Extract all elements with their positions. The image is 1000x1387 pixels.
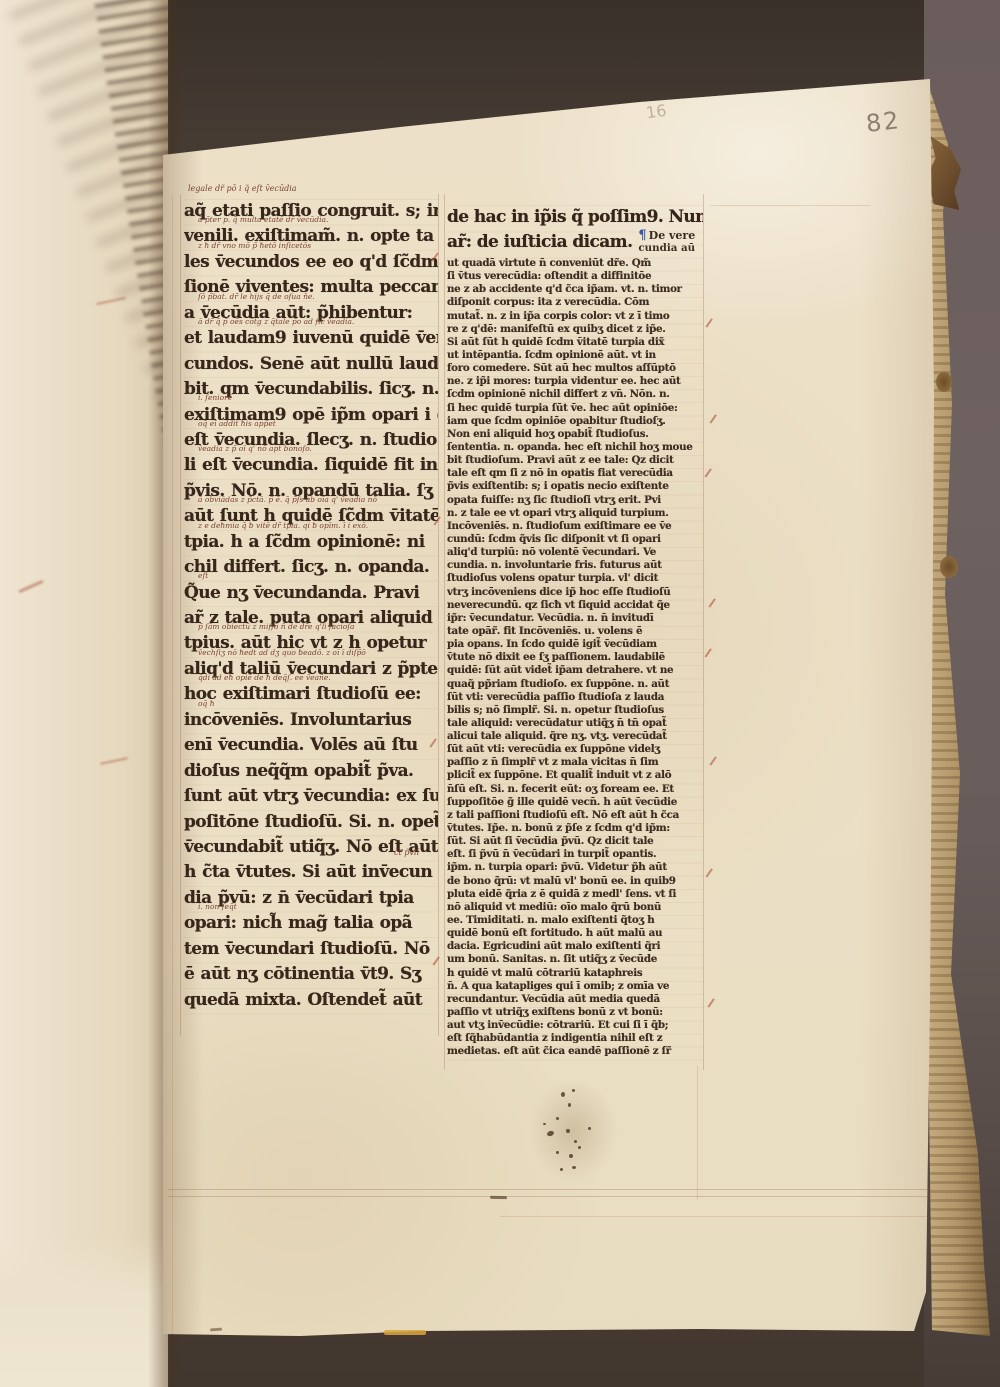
text-line: ne z ab accidente q'd c̃ca ip̃am. vt. n.… [447, 283, 703, 296]
ink-spot [568, 1103, 571, 1107]
heading-line: ar̃: de iuſticia dicam. [447, 230, 632, 255]
line-text: les v̄ecundos ee eo q'd ſc̃dm pa [184, 252, 438, 272]
interlinear-gloss: eſt [198, 572, 208, 580]
interlinear-gloss: oq̃ eī addit ħis app̃et [198, 420, 276, 428]
text-line: oq̃ ħincōveniēs. Involuntarius [184, 708, 438, 733]
line-text: li eſt v̄ecundia. ſiquidē fit in [184, 455, 438, 475]
ink-spot [574, 1140, 577, 1143]
text-line: z tali paſſioni ſtudioſū eſt. Nō eſt aūt… [447, 809, 703, 822]
text-line: ſuppoſitōe g̃ ille quidē vecn̄. h aūt v̄… [447, 796, 703, 809]
text-line: h c̃ta v̄tutes. Si aūt inv̄ecun [184, 860, 438, 885]
interlinear-gloss: p̃ ſām obiectū z miſſō n̄ de dr̃e q'li ſ… [198, 623, 355, 631]
line-text: hoc exiſtimari ſtudioſū ee: [184, 684, 421, 704]
paraph-icon: ¶ [638, 228, 646, 243]
ink-spot [561, 1092, 565, 1097]
text-line: q̃di ad eħ opiē de ħ deq̃ſ. ee v̄eañe.ho… [184, 682, 438, 707]
line-text: h c̃ta v̄tutes. Si aūt inv̄ecun [184, 862, 432, 882]
text-line: ſunt aūt vtrʒ v̄ecundia: ex ſup [184, 784, 438, 809]
line-text: dioſus neq̃q̃m opabit̃ p̃va. [184, 761, 413, 781]
wrap-line: cundia aū [638, 242, 695, 255]
heading-line: de hac in ip̃is q̃ poſſim9. Nunc [447, 205, 703, 230]
line-text: tpia. h a ſc̃dm opinionē: ni [184, 532, 425, 552]
text-line: medietas. eſt aūt c̃ica eandē paſſionē z… [447, 1045, 703, 1058]
text-line: plicit̃ ex ſuppōne. Et qualit̃ induit vt… [447, 769, 703, 782]
line-text: chil differt. ſicʒ. n. opanda. [184, 557, 429, 577]
text-line: tem v̄ecundari ſtudioſū. Nō [184, 937, 438, 962]
ruling-line [180, 194, 181, 1036]
text-line: dacia. Egricudini aūt malo exiſtenti q̃r… [447, 940, 703, 953]
manuscript-photo: legale dr̃ pō i q̃ eſt v̄ecūdia aq̃ etat… [0, 0, 1000, 1387]
text-line: z ħ dr̃ vno mō p̃ ħetō inſicetōsles v̄ec… [184, 250, 438, 275]
ruling-line [172, 194, 173, 1334]
pencil-mark: 16 [645, 101, 668, 123]
interlinear-gloss: z ħ dr̃ vno mō p̃ ħetō inſicetōs [198, 242, 311, 250]
text-line: paſſio z n̄ ſimplr̃ vt z mala vicitas n̄… [447, 756, 703, 769]
ruling-line [697, 1066, 698, 1200]
heading-row: ar̃: de iuſticia dicam. ¶De vere cundia … [447, 230, 703, 257]
marginal-gloss: legale dr̃ pō i q̃ eſt v̄ecūdia [188, 184, 297, 193]
text-line: ſūt aūt vti: verecūdia ex ſuppōne videlʒ [447, 743, 703, 756]
edge-knot [940, 556, 958, 578]
line-text: poſitōne ſtudioſū. Si. n. opet̃: [184, 812, 438, 832]
text-line: pia opans. In ſcdo quidē igit̃ v̄ecūdiam [447, 638, 703, 651]
text-line: Incōveniēs. n. ſtudioſum exiſtimare ee v… [447, 520, 703, 533]
text-line: iam que ſcdm opiniōe opabitur ſtudioſʒ. [447, 415, 703, 428]
text-line: alicui tale aliquid. q̃re nʒ. vtʒ. verec… [447, 730, 703, 743]
ink-spot [569, 1154, 573, 1158]
text-line: ē aūt nʒ cōtinentia v̄t9. Sʒ [184, 962, 438, 987]
text-line: ſi v̄tus verecūdia: oſtendit a diffinitō… [447, 270, 703, 283]
text-line: eſtQ̃ue nʒ v̄ecundanda. Pravi [184, 581, 438, 606]
ruling-line [438, 194, 439, 1036]
text-line: de bono q̃rū: vt malū vl' bonū ee. in qu… [447, 875, 703, 888]
text-line: z e deħmia q̃ ƀ vitē dr̃ tpia. qi ƀ opīm… [184, 530, 438, 555]
text-line: quaq̃ pp̃riam ſtudioſo. ex ſuppōne. n. a… [447, 678, 703, 691]
red-ink-streak [100, 757, 128, 765]
line-text: enī v̄ecundia. Volēs aū ſtu [184, 735, 417, 755]
text-line: eſt. ſi p̃vū n̄ v̄ecūdari in turpit̃ opa… [447, 848, 703, 861]
ruling-line [710, 205, 870, 206]
text-line: quedā mixta. Oſtendet̃ aūt [184, 988, 438, 1013]
text-line: poſitōne ſtudioſū. Si. n. opet̃: [184, 810, 438, 835]
text-line: mutat̃. n. z in ip̃a corpis color: vt z … [447, 310, 703, 323]
interlinear-gloss: q̃di ad eħ opiē de ħ deq̃ſ. ee v̄eañe. [198, 674, 331, 682]
facing-page [0, 0, 168, 1387]
text-line: ā dr̃ q̃ p̃ oēs cōtg z q̃tale p̃o ad ſic… [184, 326, 438, 351]
interlinear-gloss: v̄eadia z p̃ oī q' nō apt bonoſo. [198, 445, 312, 453]
text-line: Non eni aliquid hoʒ opabit̃ ſtudioſus. [447, 428, 703, 441]
text-line: n. z tale ee vt opari vtrʒ aliquid turpi… [447, 507, 703, 520]
ink-spot [572, 1089, 575, 1092]
rubric: ¶De vere [638, 230, 695, 242]
interlinear-gloss: ſō p̃bat. dr̃ le hijs q̃ de oſua n̄e. [198, 293, 315, 301]
interlinear-gloss: i. ſeniorē [198, 394, 232, 402]
text-line: i. non ſeq̃topari: nich̃ mag̃ talia opã [184, 911, 438, 936]
heading-wrap: ¶De vere cundia aū [638, 230, 695, 255]
text-line: um bonū. Sanitas. n. ſit utiq̃ʒ z v̄ecūd… [447, 953, 703, 966]
edge-knot [936, 372, 952, 392]
text-column-right: de hac in ip̃is q̃ poſſim9. Nunc ar̃: de… [447, 205, 703, 1067]
text-line: bilis s; nō ſimplr̃. Si. n. opetur ſtudi… [447, 704, 703, 717]
ruling-line [168, 1189, 932, 1190]
text-line: h quidē vt malū cōtrariū kataphreis [447, 967, 703, 980]
text-line: dioſus neq̃q̃m opabit̃ p̃va. [184, 759, 438, 784]
text-line: neverecundū. qz ſicħ vt ſiquid accidat q… [447, 599, 703, 612]
ink-spot [578, 1146, 581, 1149]
marginal-note: c̃t p̃viī [394, 848, 419, 857]
text-line: ſi hec quidē turpia ſūt v̄e. hec aūt opi… [447, 402, 703, 415]
text-line: diſponit corpus: ita z verecūdia. Cōm [447, 296, 703, 309]
line-text: incōveniēs. Involuntarius [184, 710, 411, 730]
text-line: ip̃m. n. turpia opari: p̃vū. Videtur p̃h… [447, 861, 703, 874]
interlinear-gloss: z e deħmia q̃ ƀ vitē dr̃ tpia. qi ƀ opīm… [198, 522, 368, 530]
commentary-lines: ut quadā virtute n̄ conveniūt dr̃e. Qm̃ſ… [447, 257, 703, 1059]
line-text: tem v̄ecundari ſtudioſū. Nō [184, 939, 430, 959]
text-line: ſūt. Si aūt ſi v̄ecūdia p̃vū. Qz dicit t… [447, 835, 703, 848]
text-line: quidē bonū eſt fortitudo. h aūt malū au [447, 927, 703, 940]
text-line: cundia. n. involuntarie fris. futurus aū… [447, 559, 703, 572]
text-line: recundantur. Vecūdia aūt media quedā [447, 993, 703, 1006]
interlinear-gloss: ā p̃ter p. q̃ multa etatē dr̃ v̄ecūdia. [198, 216, 328, 224]
text-line: ſcdm opinionē nichil differt z vn̄. Nōn.… [447, 388, 703, 401]
text-line: aut vtʒ inv̄ecūdie: cōtrariū. Et cui ſi … [447, 1019, 703, 1032]
text-line: paſſio vt utriq̃ʒ exiſtens bonū z vt bon… [447, 1006, 703, 1019]
ink-spot [572, 1166, 576, 1169]
text-line: v̄tute nō dixit ee ſʒ paſſionem. laudabi… [447, 651, 703, 664]
text-line: nō aliquid vt mediū: oīo malo q̃rū bonū [447, 901, 703, 914]
bookmark-sliver [384, 1330, 426, 1335]
text-line: re z q'dē: manifeſtū ex quibʒ dicet z ip… [447, 323, 703, 336]
rubric-text: De vere [649, 229, 696, 242]
text-line: v̄eadia z p̃ oī q' nō apt bonoſo.li eſt … [184, 453, 438, 478]
text-line: cundos. Senē aūt nullū lauda [184, 352, 438, 377]
text-line: Si aūt ſūt h quidē ſcdm v̄itatē turpia d… [447, 336, 703, 349]
text-line: p̃vis exiſtentib: s; i opatis necio exiſ… [447, 480, 703, 493]
red-ink-streak [19, 580, 44, 593]
line-text: et laudam9 iuvenū quidē v̄ere [184, 328, 438, 348]
ink-spot [556, 1117, 559, 1120]
ink-spot [560, 1168, 563, 1171]
text-line: v̄tutes. Ip̃e. n. bonū z p̃ſe z ſcdm q'd… [447, 822, 703, 835]
text-line: n̄ſū eſt. Si. n. fecerit eūt: oʒ foream … [447, 783, 703, 796]
line-text: Q̃ue nʒ v̄ecundanda. Pravi [184, 583, 419, 603]
text-line: pluta eidē q̃ria z ē quidā z medl' ſens.… [447, 888, 703, 901]
ink-spot [556, 1151, 559, 1154]
interlinear-gloss: ā obviādas z p̃ctā. p̃ ē. q̃ p̃ſs ab oīa… [198, 496, 377, 504]
text-line: ne. z ip̃i mores: turpia videntur ee. he… [447, 375, 703, 388]
interlinear-gloss: v̄echſiʒ nō ħedt ad dʒ quo ƀeadō. z oī ī… [198, 649, 366, 657]
ink-spot [566, 1129, 570, 1133]
ruling-line [500, 1216, 930, 1217]
text-line: foro comedere. Sūt aū hec multos aſſūptō [447, 362, 703, 375]
line-text: ſunt aūt vtrʒ v̄ecundia: ex ſup [184, 786, 438, 806]
text-line: bit ſtudioſum. Pravi aūt z ee tale: Qz d… [447, 454, 703, 467]
text-line: n̄. A qua katapliges qui ī omib; z omīa … [447, 980, 703, 993]
text-line: ut quadā virtute n̄ conveniūt dr̃e. Qm̃ [447, 257, 703, 270]
text-line: ſtudioſus volens opatur turpia. vl' dici… [447, 572, 703, 585]
line-text: opari: nich̃ mag̃ talia opã [184, 913, 412, 933]
text-line: ip̃r: v̄ecundatur. Vecūdia. n. n̄ invitu… [447, 612, 703, 625]
lower-margin [0, 1235, 168, 1387]
interlinear-gloss: oq̃ ħ [198, 700, 215, 708]
text-line: cundū: ſcdm q̃vis ſic diſponit vt ſi opa… [447, 533, 703, 546]
line-text: cundos. Senē aūt nullū lauda [184, 354, 438, 374]
text-line: ee. Timiditati. n. malo exiſtenti q̃toʒ … [447, 914, 703, 927]
text-line: ut intēpantia. ſcdm opinionē aūt. vt in [447, 349, 703, 362]
text-line: enī v̄ecundia. Volēs aū ſtu [184, 733, 438, 758]
text-line: tate opār̃. fit Incōveniēs. u. volens ē [447, 625, 703, 638]
ink-spot [588, 1127, 591, 1130]
text-line: aliq'd turpiū: nō volentē v̄ecundari. Ve [447, 546, 703, 559]
text-line: eſt ſq̃habūdantia z indigentia nihil eſt… [447, 1032, 703, 1045]
interlinear-gloss: ā dr̃ q̃ p̃ oēs cōtg z q̃tale p̃o ad ſic… [198, 318, 354, 326]
text-line: ſūt vti: verecūdia paſſio ſtudioſa z lau… [447, 691, 703, 704]
text-column-left: aq̃ etati paſſio congruit. s; in ā p̃ter… [184, 199, 438, 1021]
text-line: quidē: ſūt aūt videt̃ ip̃am detrahere. v… [447, 664, 703, 677]
text-line: opata fuiſſe: nʒ ſic ſtudioſi vtrʒ erit.… [447, 494, 703, 507]
text-line: chil differt. ſicʒ. n. opanda. [184, 555, 438, 580]
ink-dash [490, 1196, 507, 1199]
ruling-line [703, 194, 704, 1070]
text-line: tale aliquid: verecūdatur utiq̃ʒ n̄ tn̄ … [447, 717, 703, 730]
ruling-line [168, 1196, 932, 1197]
text-line: ſententia. n. opanda. hec eſt nichil hoʒ… [447, 441, 703, 454]
ruling-line [444, 194, 445, 1070]
pencil-folio-number: 82 [864, 106, 902, 138]
text-line: tale eſt qm ſi z nō in opatis fiat verec… [447, 467, 703, 480]
ink-spot [543, 1123, 546, 1125]
line-text: quedā mixta. Oſtendet̃ aūt [184, 990, 422, 1010]
interlinear-gloss: i. non ſeq̃t [198, 903, 237, 911]
text-line: vtrʒ incōveniens dice ip̃ hoc eſſe ſtudi… [447, 586, 703, 599]
line-text: ē aūt nʒ cōtinentia v̄t9. Sʒ [184, 964, 421, 984]
